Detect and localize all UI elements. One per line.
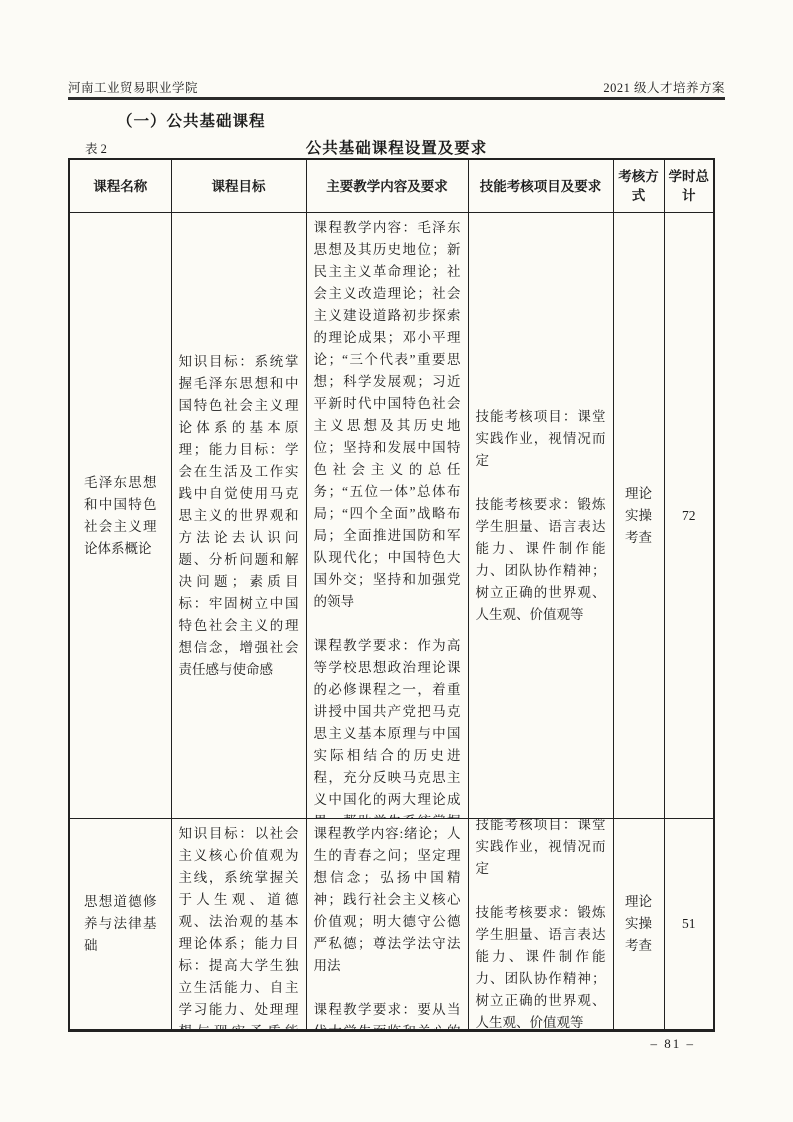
col-header-objectives: 课程目标	[171, 159, 306, 213]
teaching-requirements-paragraph: 课程教学要求：作为高等学校思想政治理论课的必修课程之一，着重讲授中国共产党把马克…	[314, 635, 461, 818]
teaching-content-paragraph: 课程教学内容:绪论；人生的青春之问；坚定理想信念；弘扬中国精神；践行社会主义核心…	[314, 823, 461, 977]
cell-teaching-content: 课程教学内容:绪论；人生的青春之问；坚定理想信念；弘扬中国精神；践行社会主义核心…	[306, 819, 468, 1031]
cell-total-hours: 72	[664, 213, 714, 819]
course-objectives-text: 知识目标：以社会主义核心价值观为主线，系统掌握关于人生观、道德观、法治观的基本理…	[172, 819, 306, 1029]
teaching-requirements-paragraph: 课程教学要求：要从当代大学生面临和关心的实际问题出发，以正确的人生观、价值观、道	[314, 999, 461, 1029]
cell-assessment-method: 理论 实操 考查	[613, 819, 664, 1031]
assessment-method-text: 理论 实操 考查	[614, 819, 664, 1029]
cell-assessment-method: 理论 实操 考查	[613, 213, 664, 819]
header-rule	[68, 97, 725, 100]
skill-assessment-project-paragraph: 技能考核项目：课堂实践作业，视情况而定	[476, 406, 606, 472]
cell-course-objectives: 知识目标：以社会主义核心价值观为主线，系统掌握关于人生观、道德观、法治观的基本理…	[171, 819, 306, 1031]
cell-skill-assessment: 技能考核项目：课堂实践作业，视情况而定 技能考核要求：锻炼学生胆量、语言表达能力…	[468, 819, 613, 1031]
table-label: 表 2	[85, 139, 107, 157]
cell-total-hours: 51	[664, 819, 714, 1031]
cell-course-name: 思想道德修养与法律基础	[69, 819, 171, 1031]
total-hours-value: 72	[665, 213, 714, 818]
col-header-content: 主要教学内容及要求	[306, 159, 468, 213]
skill-assessment-requirements-paragraph: 技能考核要求：锻炼学生胆量、语言表达能力、课件制作能力、团队协作精神；树立正确的…	[476, 902, 606, 1029]
cell-course-objectives: 知识目标：系统掌握毛泽东思想和中国特色社会主义理论体系的基本原理；能力目标：学会…	[171, 213, 306, 819]
teaching-content-paragraph: 课程教学内容：毛泽东思想及其历史地位；新民主主义革命理论；社会主义改造理论；社会…	[314, 217, 461, 613]
header-school-name: 河南工业贸易职业学院	[68, 78, 198, 96]
running-header: 河南工业贸易职业学院 2021 级人才培养方案	[68, 78, 725, 96]
document-page: 河南工业贸易职业学院 2021 级人才培养方案 （一）公共基础课程 表 2 公共…	[0, 0, 793, 1122]
course-objectives-text: 知识目标：系统掌握毛泽东思想和中国特色社会主义理论体系的基本原理；能力目标：学会…	[172, 213, 306, 818]
course-name-text: 毛泽东思想和中国特色社会主义理论体系概论	[70, 213, 171, 818]
cell-teaching-content: 课程教学内容：毛泽东思想及其历史地位；新民主主义革命理论；社会主义改造理论；社会…	[306, 213, 468, 819]
total-hours-value: 51	[665, 819, 714, 1029]
table-row: 思想道德修养与法律基础 知识目标：以社会主义核心价值观为主线，系统掌握关于人生观…	[69, 819, 714, 1031]
cell-skill-assessment: 技能考核项目：课堂实践作业，视情况而定 技能考核要求：锻炼学生胆量、语言表达能力…	[468, 213, 613, 819]
col-header-skill-assessment: 技能考核项目及要求	[468, 159, 613, 213]
section-heading: （一）公共基础课程	[117, 109, 266, 131]
course-table: 课程名称 课程目标 主要教学内容及要求 技能考核项目及要求 考核方式 学时总计 …	[68, 158, 715, 1032]
header-doc-title: 2021 级人才培养方案	[603, 78, 725, 96]
table-caption: 表 2 公共基础课程设置及要求	[68, 136, 725, 156]
table-row: 毛泽东思想和中国特色社会主义理论体系概论 知识目标：系统掌握毛泽东思想和中国特色…	[69, 213, 714, 819]
course-name-text: 思想道德修养与法律基础	[70, 819, 171, 1029]
page-number: – 81 –	[651, 1036, 696, 1052]
skill-assessment-project-paragraph: 技能考核项目：课堂实践作业，视情况而定	[476, 819, 606, 880]
table-title: 公共基础课程设置及要求	[68, 136, 725, 158]
table-header-row: 课程名称 课程目标 主要教学内容及要求 技能考核项目及要求 考核方式 学时总计	[69, 159, 714, 213]
skill-assessment-requirements-paragraph: 技能考核要求：锻炼学生胆量、语言表达能力、课件制作能力、团队协作精神；树立正确的…	[476, 494, 606, 626]
assessment-method-text: 理论 实操 考查	[614, 213, 664, 818]
col-header-course-name: 课程名称	[69, 159, 171, 213]
cell-course-name: 毛泽东思想和中国特色社会主义理论体系概论	[69, 213, 171, 819]
col-header-hours: 学时总计	[664, 159, 714, 213]
col-header-method: 考核方式	[613, 159, 664, 213]
